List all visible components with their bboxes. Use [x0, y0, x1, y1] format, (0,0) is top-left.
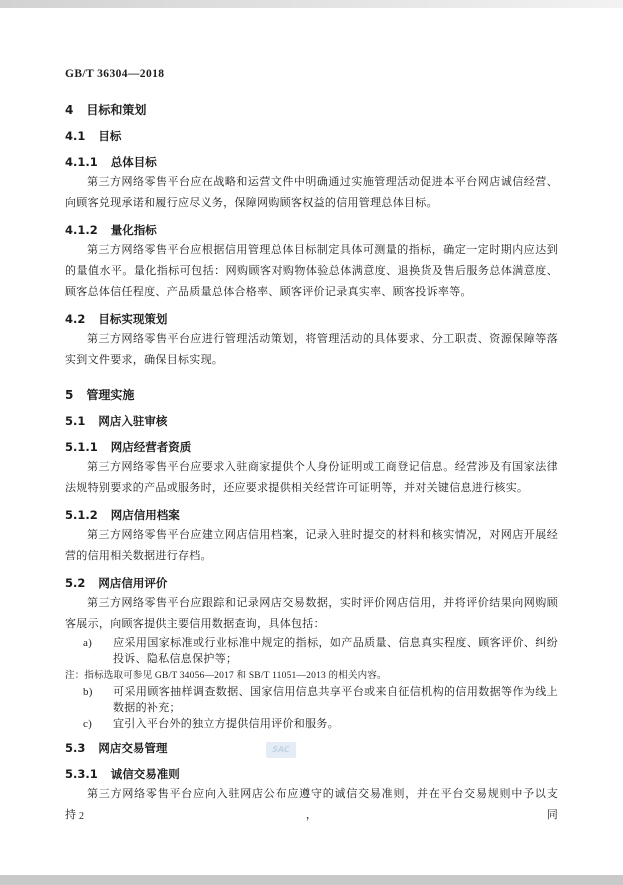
- scan-edge-top: [0, 0, 623, 8]
- note-text: 指标选取可参见 GB/T 34056—2017 和 SB/T 11051—201…: [84, 671, 386, 681]
- clause-number: 4.1.2: [65, 222, 98, 238]
- list-item-label: b): [83, 684, 113, 700]
- list-item-label: a): [83, 635, 113, 651]
- list-item-a: a)应采用国家标准或行业标准中规定的指标，如产品质量、信息真实程度、顾客评价、纠…: [65, 635, 558, 667]
- clause-title: 诚信交易准则: [111, 767, 180, 781]
- clause-number: 4.1: [65, 128, 85, 144]
- clause-number: 5.1.1: [65, 439, 98, 455]
- clause-number: 5.1.2: [65, 507, 98, 523]
- paragraph: 第三方网络零售平台应要求入驻商家提供个人身份证明或工商登记信息。经营涉及有国家法…: [65, 457, 558, 499]
- clause-number: 4: [65, 102, 73, 118]
- paragraph: 第三方网络零售平台应向入驻网店公布应遵守的诚信交易准则，并在平台交易规则中予以支…: [65, 784, 558, 826]
- clause-title: 总体目标: [111, 155, 157, 169]
- subclause-heading-5-3-1: 5.3.1诚信交易准则: [65, 766, 558, 782]
- clause-title: 网店信用档案: [111, 508, 180, 522]
- subclause-heading-4-2: 4.2目标实现策划: [65, 311, 558, 327]
- list-item-c: c)宜引入平台外的独立方提供信用评价和服务。: [65, 716, 558, 732]
- clause-title: 网店信用评价: [98, 576, 167, 590]
- subclause-heading-4-1: 4.1目标: [65, 128, 558, 144]
- clause-number: 4.2: [65, 311, 85, 327]
- paragraph: 第三方网络零售平台应根据信用管理总体目标制定具体可测量的指标，确定一定时期内应达…: [65, 240, 558, 303]
- paragraph: 第三方网络零售平台应进行管理活动策划，将管理活动的具体要求、分工职责、资源保障等…: [65, 329, 558, 371]
- scan-edge-bottom: [0, 875, 623, 885]
- clause-title: 网店经营者资质: [111, 440, 192, 454]
- list-item-text: 宜引入平台外的独立方提供信用评价和服务。: [113, 718, 339, 730]
- paragraph: 第三方网络零售平台应在战略和运营文件中明确通过实施管理活动促进本平台网店诚信经营…: [65, 172, 558, 214]
- clause-number: 5.3: [65, 740, 85, 756]
- list-item-label: c): [83, 716, 113, 732]
- subclause-heading-5-2: 5.2网店信用评价: [65, 575, 558, 591]
- clause-title: 目标实现策划: [98, 312, 167, 326]
- clause-number: 5.3.1: [65, 766, 98, 782]
- list-item-text: 可采用顾客抽样调查数据、国家信用信息共享平台或来自征信机构的信用数据等作为线上数…: [113, 686, 558, 714]
- page-number: 2: [79, 811, 84, 822]
- subclause-heading-5-1-2: 5.1.2网店信用档案: [65, 507, 558, 523]
- clause-title: 网店入驻审核: [98, 414, 167, 428]
- clause-heading-5: 5管理实施: [65, 387, 558, 403]
- paragraph: 第三方网络零售平台应跟踪和记录网店交易数据，实时评价网店信用，并将评价结果向网购…: [65, 593, 558, 635]
- clause-title: 目标: [98, 129, 121, 143]
- subclause-heading-4-1-1: 4.1.1总体目标: [65, 154, 558, 170]
- clause-number: 5.1: [65, 413, 85, 429]
- clause-number: 4.1.1: [65, 154, 98, 170]
- list-item-text: 应采用国家标准或行业标准中规定的指标，如产品质量、信息真实程度、顾客评价、纠纷投…: [113, 637, 558, 665]
- clause-number: 5.2: [65, 575, 85, 591]
- sac-watermark: SAC: [266, 742, 296, 758]
- paragraph: 第三方网络零售平台应建立网店信用档案，记录入驻时提交的材料和核实情况，对网店开展…: [65, 525, 558, 567]
- document-page: GB/T 36304—2018 4目标和策划 4.1目标 4.1.1总体目标 第…: [65, 66, 558, 826]
- list-item-b: b)可采用顾客抽样调查数据、国家信用信息共享平台或来自征信机构的信用数据等作为线…: [65, 684, 558, 716]
- standard-number-header: GB/T 36304—2018: [65, 66, 558, 82]
- clause-heading-4: 4目标和策划: [65, 102, 558, 118]
- clause-title: 管理实施: [86, 388, 134, 402]
- subclause-heading-5-3: 5.3网店交易管理: [65, 740, 558, 756]
- subclause-heading-5-1-1: 5.1.1网店经营者资质: [65, 439, 558, 455]
- subclause-heading-5-1: 5.1网店入驻审核: [65, 413, 558, 429]
- clause-number: 5: [65, 387, 73, 403]
- clause-title: 网店交易管理: [98, 741, 167, 755]
- clause-title: 目标和策划: [86, 103, 146, 117]
- subclause-heading-4-1-2: 4.1.2量化指标: [65, 222, 558, 238]
- clause-title: 量化指标: [111, 223, 157, 237]
- note: 注：指标选取可参见 GB/T 34056—2017 和 SB/T 11051—2…: [65, 669, 558, 684]
- note-label: 注：: [65, 671, 84, 681]
